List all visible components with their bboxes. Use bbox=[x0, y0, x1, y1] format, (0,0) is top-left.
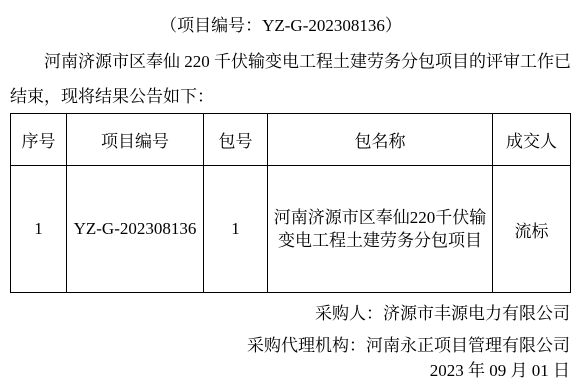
col-header-package-no: 包号 bbox=[204, 114, 268, 166]
cell-project-code: YZ-G-202308136 bbox=[67, 166, 204, 293]
project-code-heading: （项目编号：YZ-G-202308136） bbox=[0, 11, 562, 36]
table-row: 1 YZ-G-202308136 1 河南济源市区奉仙220千伏输变电工程土建劳… bbox=[11, 166, 571, 293]
buyer-line: 采购人：济源市丰源电力有限公司 bbox=[315, 299, 570, 324]
intro-paragraph: 河南济源市区奉仙 220 千伏输变电工程土建劳务分包项目的评审工作已结束，现将结… bbox=[10, 44, 582, 114]
agency-line: 采购代理机构：河南永正项目管理有限公司 bbox=[247, 331, 570, 356]
col-header-package-name: 包名称 bbox=[268, 114, 493, 166]
table-header-row: 序号 项目编号 包号 包名称 成交人 bbox=[11, 114, 571, 166]
cell-seq: 1 bbox=[11, 166, 67, 293]
col-header-winner: 成交人 bbox=[493, 114, 571, 166]
col-header-seq: 序号 bbox=[11, 114, 67, 166]
cell-package-no: 1 bbox=[204, 166, 268, 293]
cell-package-name: 河南济源市区奉仙220千伏输变电工程土建劳务分包项目 bbox=[268, 166, 493, 293]
results-table: 序号 项目编号 包号 包名称 成交人 1 YZ-G-202308136 1 河南… bbox=[10, 113, 571, 293]
cell-winner: 流标 bbox=[493, 166, 571, 293]
col-header-project-code: 项目编号 bbox=[67, 114, 204, 166]
date-line: 2023 年 09 月 01 日 bbox=[430, 356, 570, 381]
announcement-page: （项目编号：YZ-G-202308136） 河南济源市区奉仙 220 千伏输变电… bbox=[0, 0, 587, 384]
